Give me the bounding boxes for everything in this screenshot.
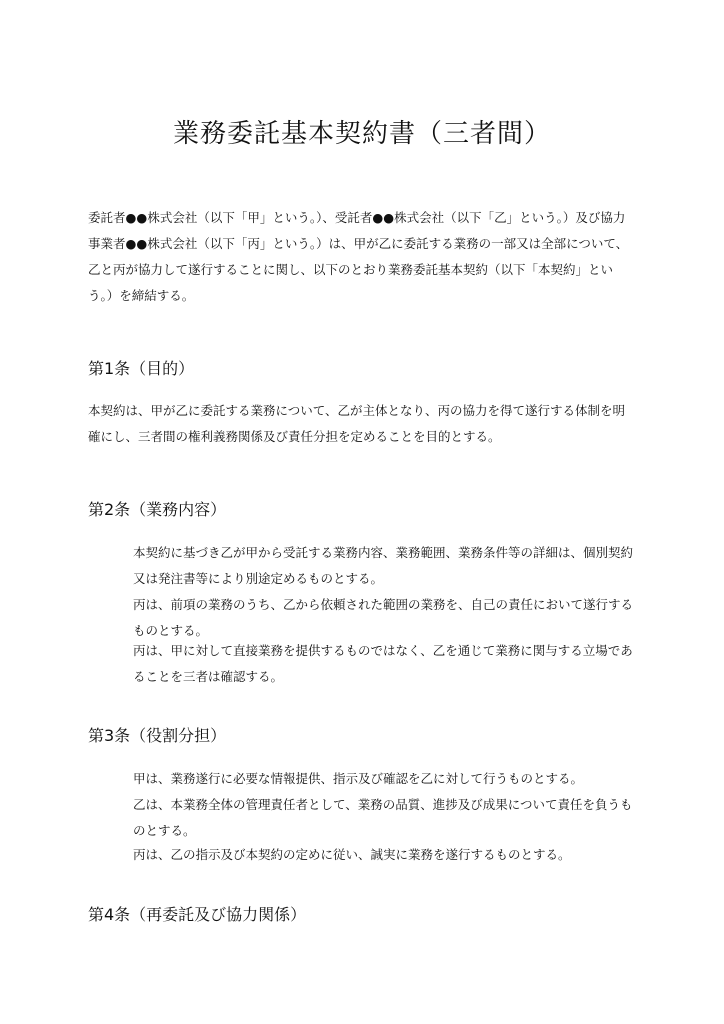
article-1-heading: 第1条（目的） — [88, 357, 194, 381]
preamble-paragraph: 委託者●●株式会社（以下「甲」という。）、受託者●●株式会社（以下「乙」という。… — [88, 205, 636, 309]
article-2-paragraph-1: 本契約に基づき乙が甲から受託する業務内容、業務範囲、業務条件等の詳細は、個別契約… — [133, 540, 637, 592]
article-3-paragraph-1: 甲は、業務遂行に必要な情報提供、指示及び確認を乙に対して行うものとする。 — [133, 766, 637, 792]
article-3-paragraph-3: 丙は、乙の指示及び本契約の定めに従い、誠実に業務を遂行するものとする。 — [133, 842, 637, 868]
document-page: 業務委託基本契約書（三者間） 委託者●●株式会社（以下「甲」という。）、受託者●… — [0, 0, 724, 1024]
article-3-paragraph-2: 乙は、本業務全体の管理責任者として、業務の品質、進捗及び成果について責任を負うも… — [133, 792, 637, 844]
article-2-heading: 第2条（業務内容） — [88, 498, 226, 522]
article-4-heading: 第4条（再委託及び協力関係） — [88, 903, 306, 927]
article-2-paragraph-3: 丙は、甲に対して直接業務を提供するものではなく、乙を通じて業務に関与する立場であ… — [133, 638, 637, 690]
article-1-paragraph-1: 本契約は、甲が乙に委託する業務について、乙が主体となり、丙の協力を得て遂行する体… — [88, 398, 636, 450]
document-title: 業務委託基本契約書（三者間） — [0, 116, 724, 152]
article-3-heading: 第3条（役割分担） — [88, 724, 226, 748]
article-2-paragraph-2: 丙は、前項の業務のうち、乙から依頼された範囲の業務を、自己の責任において遂行する… — [133, 592, 637, 644]
